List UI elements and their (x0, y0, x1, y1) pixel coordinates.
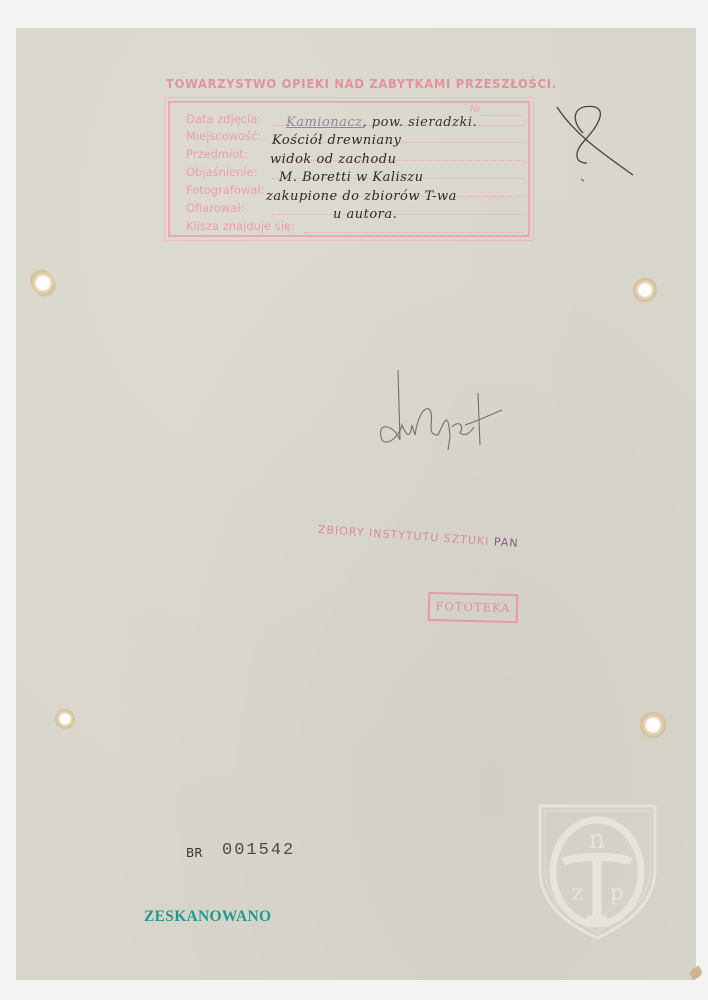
punch-hole-bottom-right (640, 712, 666, 738)
handwritten-donor: zakupione do zbiorów T-wa (266, 189, 457, 204)
field-label: Miejscowość: (186, 129, 272, 143)
field-label: Klisza znajduje się: (186, 219, 306, 233)
inventory-prefix: BR (186, 846, 203, 860)
field-label: Ofiarował: (186, 201, 272, 215)
svg-text:z: z (571, 881, 583, 906)
svg-text:n: n (589, 825, 606, 855)
svg-text:p: p (610, 881, 624, 906)
punch-hole-bottom-left (55, 709, 75, 729)
fototeka-stamp: FOTOTEKA (428, 592, 519, 623)
location-name: Kamionacz (286, 115, 363, 130)
handwritten-negative-location: u autora. (333, 207, 397, 222)
field-label: Fotografował: (186, 183, 272, 197)
institute-stamp-pan: PAN (493, 535, 519, 550)
inventory-number: 001542 (222, 841, 295, 860)
corner-number-mark (545, 95, 645, 190)
pencil-signature (370, 365, 505, 450)
field-label: Objaśnienie: (186, 165, 272, 179)
punch-hole-top-right (633, 278, 657, 302)
field-label: Przedmiot: (186, 147, 272, 161)
handwritten-photographer: M. Boretti w Kaliszu (279, 170, 424, 185)
handwritten-description: widok od zachodu (270, 152, 397, 167)
scanned-stamp: ZESKANOWANO (144, 908, 271, 926)
handwritten-location: Kamionacz, pow. sieradzki. (286, 115, 477, 130)
handwritten-subject: Kościół drewniany (272, 133, 401, 148)
field-label: Data zdjęcia: (186, 112, 272, 126)
society-stamp-title: TOWARZYSTWO OPIEKI NAD ZABYTKAMI PRZESZŁ… (166, 76, 506, 91)
shield-watermark-icon: n z p (535, 800, 660, 940)
